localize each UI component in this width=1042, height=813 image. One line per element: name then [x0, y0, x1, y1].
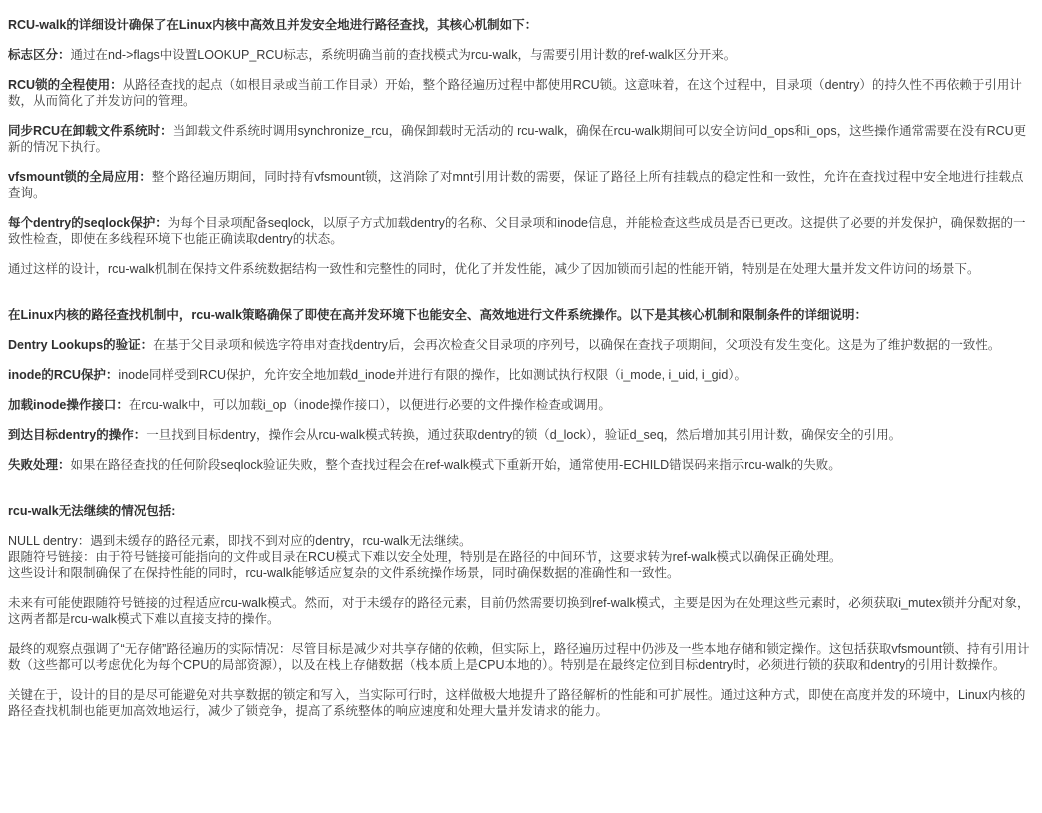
- paragraph-text: 通过在nd->flags中设置LOOKUP_RCU标志，系统明确当前的查找模式为…: [71, 48, 737, 62]
- paragraph-flag-distinction: 标志区分：通过在nd->flags中设置LOOKUP_RCU标志，系统明确当前的…: [8, 47, 1034, 63]
- paragraph-key-conclusion: 关键在于，设计的目的是尽可能避免对共享数据的锁定和写入，当实际可行时，这样做极大…: [8, 687, 1034, 719]
- limitation-symlink: 跟随符号链接：由于符号链接可能指向的文件或目录在RCU模式下难以安全处理，特别是…: [8, 549, 1034, 565]
- limitation-summary: 这些设计和限制确保了在保持性能的同时，rcu-walk能够适应复杂的文件系统操作…: [8, 565, 1034, 581]
- section1-closing: 通过这样的设计，rcu-walk机制在保持文件系统数据结构一致性和完整性的同时，…: [8, 261, 1034, 277]
- section1-lead: RCU-walk的详细设计确保了在Linux内核中高效且并发安全地进行路径查找，…: [8, 17, 1034, 33]
- paragraph-dentry-lookups: Dentry Lookups的验证：在基于父目录项和候选字符串对查找dentry…: [8, 337, 1034, 353]
- paragraph-label: 同步RCU在卸载文件系统时：: [8, 124, 173, 138]
- paragraph-text: 在rcu-walk中，可以加载i_op（inode操作接口），以便进行必要的文件…: [129, 398, 611, 412]
- paragraph-label: inode的RCU保护：: [8, 368, 118, 382]
- paragraph-target-dentry: 到达目标dentry的操作：一旦找到目标dentry，操作会从rcu-walk模…: [8, 427, 1034, 443]
- section2-lead: 在Linux内核的路径查找机制中，rcu-walk策略确保了即使在高并发环境下也…: [8, 307, 1034, 323]
- paragraph-label: 标志区分：: [8, 48, 71, 62]
- paragraph-failure-handling: 失败处理：如果在路径查找的任何阶段seqlock验证失败，整个查找过程会在ref…: [8, 457, 1034, 473]
- paragraph-label: 加载inode操作接口：: [8, 398, 129, 412]
- paragraph-vfsmount-lock: vfsmount锁的全局应用：整个路径遍历期间，同时持有vfsmount锁，这消…: [8, 169, 1034, 201]
- paragraph-text: 在基于父目录项和候选字符串对查找dentry后，会再次检查父目录项的序列号，以确…: [153, 338, 1000, 352]
- paragraph-inode-rcu: inode的RCU保护：inode同样受到RCU保护，允许安全地加载d_inod…: [8, 367, 1034, 383]
- paragraph-future-symlink: 未来有可能使跟随符号链接的过程适应rcu-walk模式。然而，对于未缓存的路径元…: [8, 595, 1034, 627]
- paragraph-text: 一旦找到目标dentry，操作会从rcu-walk模式转换，通过获取dentry…: [146, 428, 901, 442]
- paragraph-storage-free-observation: 最终的观察点强调了“无存储”路径遍历的实际情况：尽管目标是减少对共享存储的依赖，…: [8, 641, 1034, 673]
- paragraph-load-inode-ops: 加载inode操作接口：在rcu-walk中，可以加载i_op（inode操作接…: [8, 397, 1034, 413]
- paragraph-label: RCU锁的全程使用：: [8, 78, 123, 92]
- paragraph-label: 到达目标dentry的操作：: [8, 428, 146, 442]
- paragraph-synchronize-rcu: 同步RCU在卸载文件系统时：当卸载文件系统时调用synchronize_rcu，…: [8, 123, 1034, 155]
- paragraph-text: 整个路径遍历期间，同时持有vfsmount锁，这消除了对mnt引用计数的需要，保…: [8, 170, 1023, 200]
- document-body: RCU-walk的详细设计确保了在Linux内核中高效且并发安全地进行路径查找，…: [8, 17, 1034, 719]
- paragraph-dentry-seqlock: 每个dentry的seqlock保护：为每个目录项配备seqlock，以原子方式…: [8, 215, 1034, 247]
- paragraph-text: 从路径查找的起点（如根目录或当前工作目录）开始，整个路径遍历过程中都使用RCU锁…: [8, 78, 1022, 108]
- paragraph-text: 如果在路径查找的任何阶段seqlock验证失败，整个查找过程会在ref-walk…: [71, 458, 841, 472]
- paragraph-label: 每个dentry的seqlock保护：: [8, 216, 168, 230]
- paragraph-label: 失败处理：: [8, 458, 71, 472]
- paragraph-label: vfsmount锁的全局应用：: [8, 170, 152, 184]
- paragraph-label: Dentry Lookups的验证：: [8, 338, 153, 352]
- paragraph-text: inode同样受到RCU保护，允许安全地加载d_inode并进行有限的操作，比如…: [118, 368, 747, 382]
- limitation-null-dentry: NULL dentry：遇到未缓存的路径元素，即找不到对应的dentry，rcu…: [8, 533, 1034, 549]
- section3-lead: rcu-walk无法继续的情况包括:: [8, 503, 1034, 519]
- paragraph-rcu-lock-usage: RCU锁的全程使用：从路径查找的起点（如根目录或当前工作目录）开始，整个路径遍历…: [8, 77, 1034, 109]
